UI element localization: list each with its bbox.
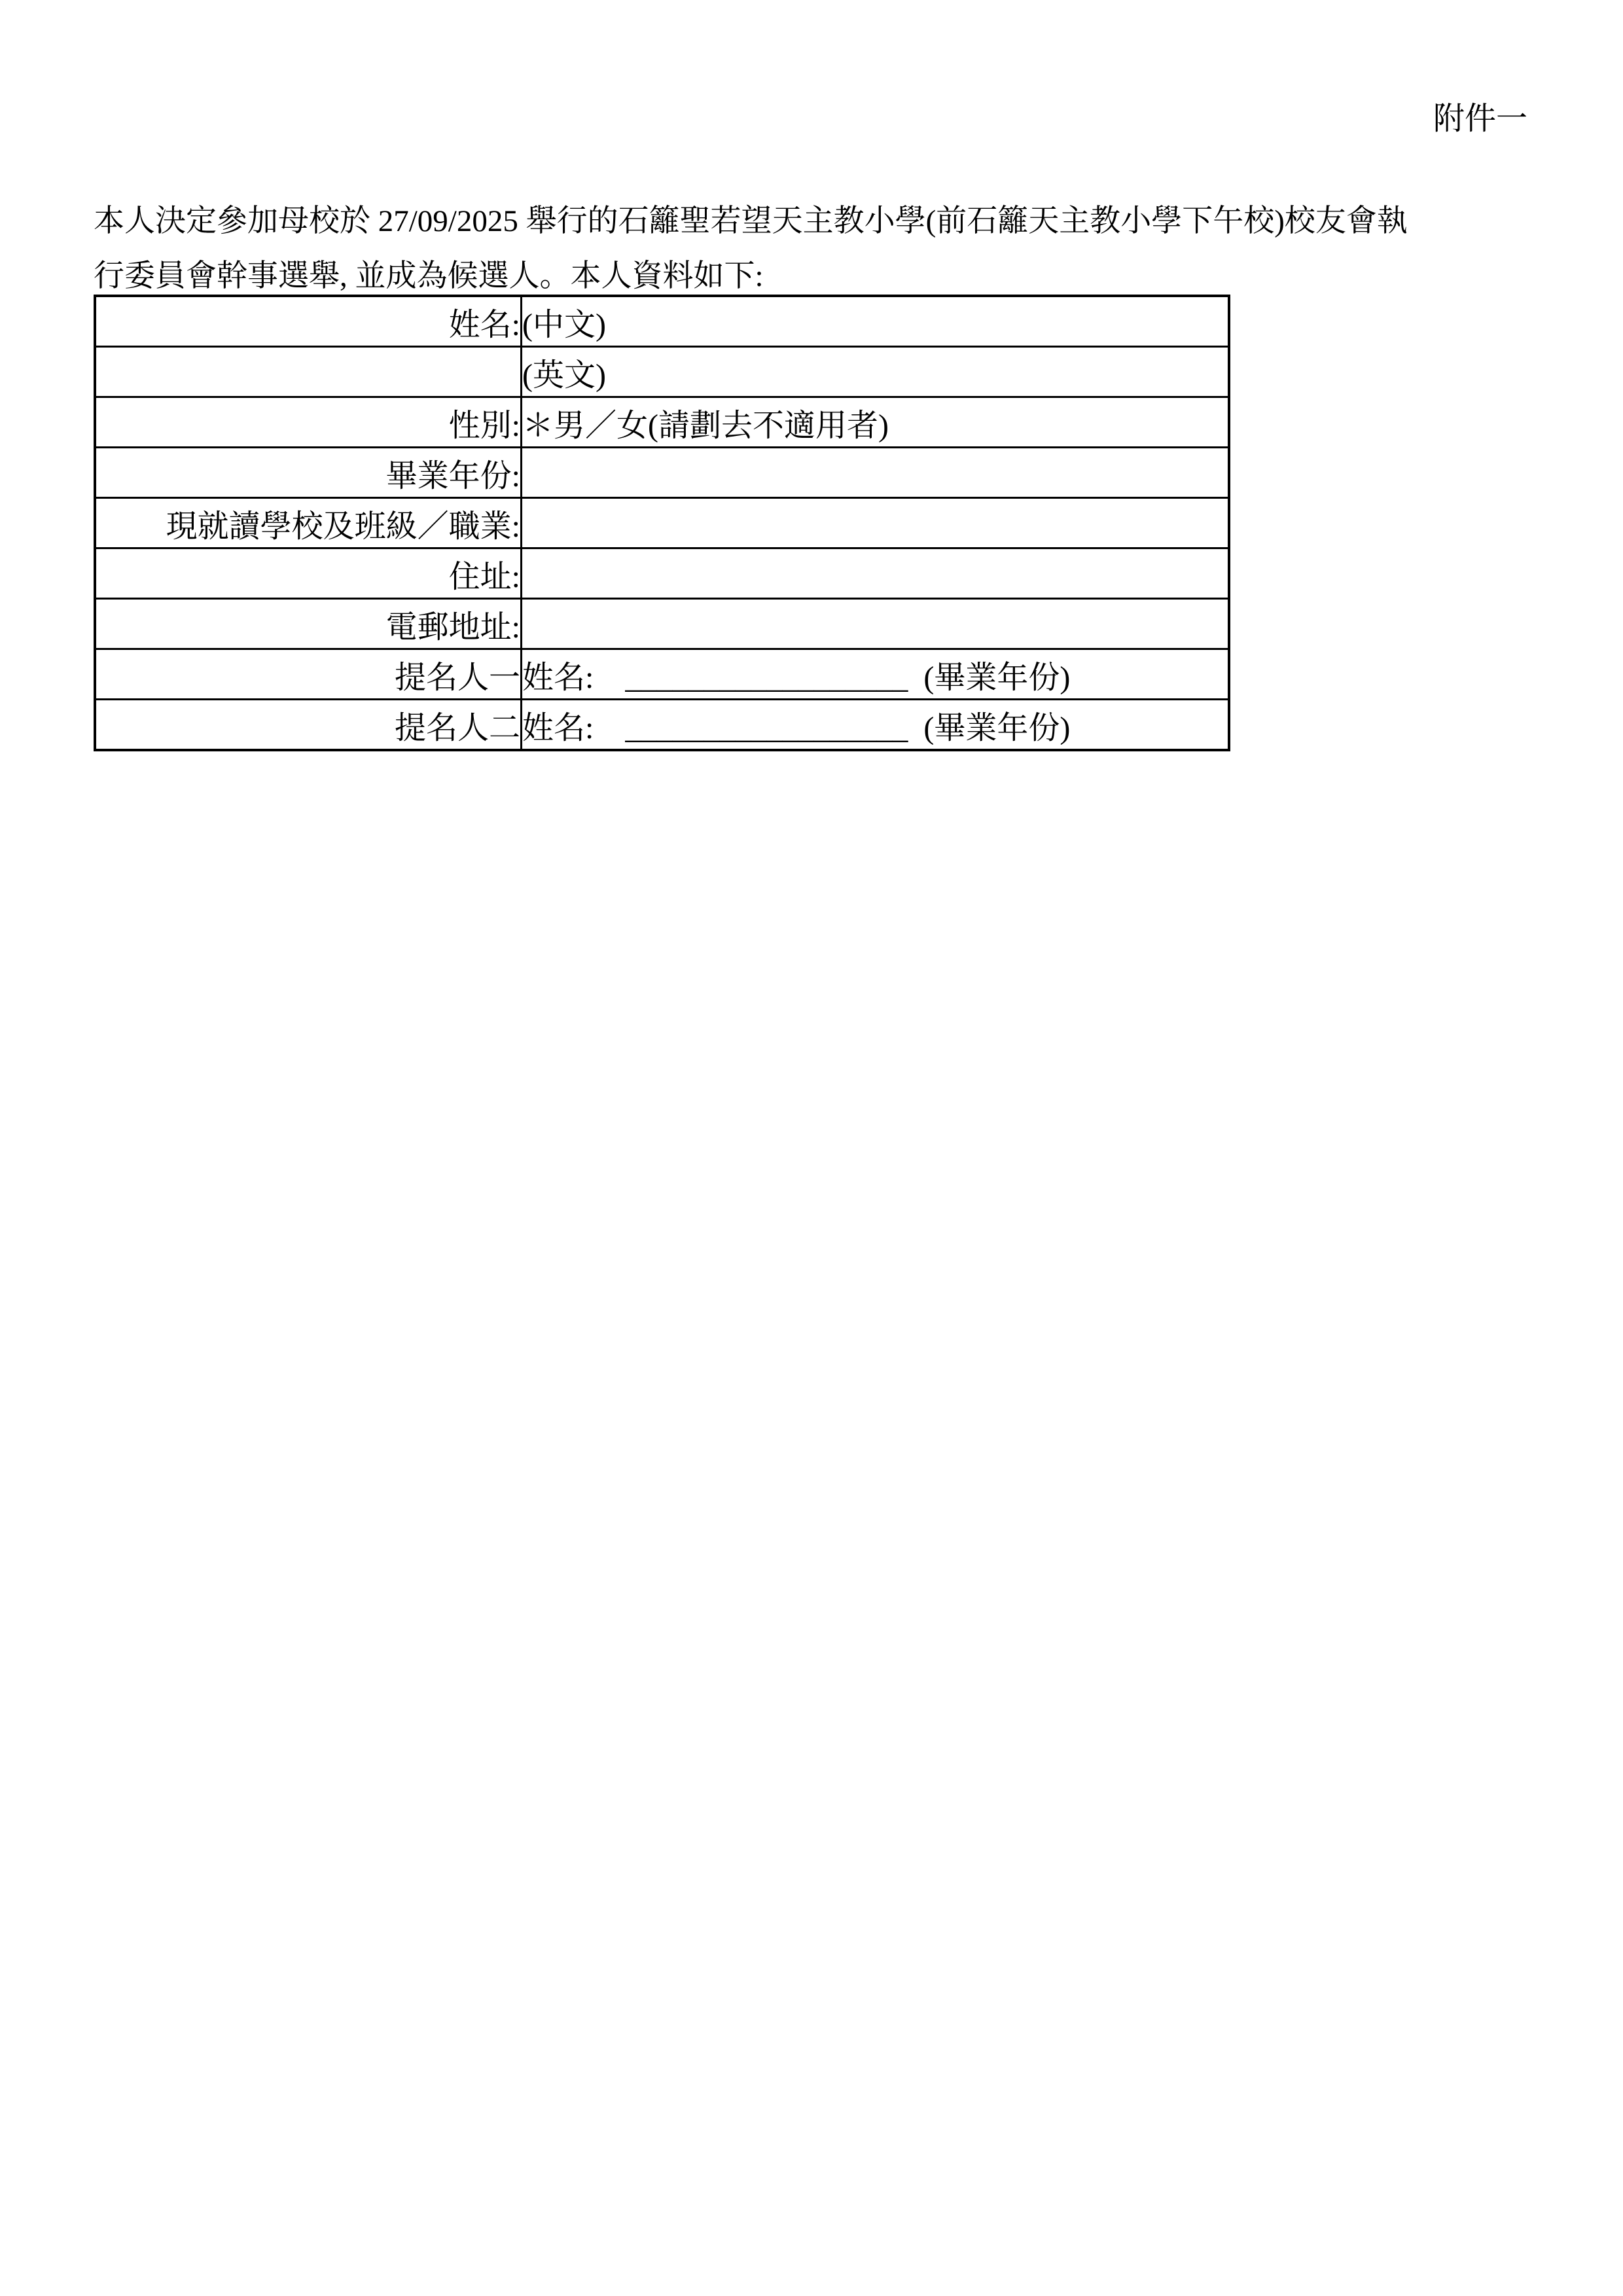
- nominee-name-label: 姓名:: [522, 660, 594, 695]
- row-label-cell: 提名人一: [95, 649, 522, 700]
- nominee-name-blank: __________________: [625, 711, 908, 745]
- row-label-cell: 提名人二: [95, 700, 522, 751]
- intro-line-1: 本人決定參加母校於 27/09/2025 舉行的石籬聖若望天主教小學(前石籬天主…: [94, 194, 1573, 249]
- table-row: 提名人二 姓名: __________________ (畢業年份): [95, 700, 1229, 751]
- row-label: 現就讀學校及班級／職業:: [166, 509, 520, 544]
- row-value-cell: (中文): [522, 296, 1230, 347]
- table-row: 性別: ＊男／女(請劃去不適用者): [95, 397, 1229, 448]
- row-label-cell: 畢業年份:: [95, 448, 522, 498]
- table-row: 姓名: (中文): [95, 296, 1229, 347]
- document-page: 附件一 本人決定參加母校於 27/09/2025 舉行的石籬聖若望天主教小學(前…: [0, 0, 1623, 2296]
- row-label: 性別:: [449, 408, 520, 443]
- nominee-grad-year-label: (畢業年份): [916, 711, 1070, 745]
- form-table-body: 姓名: (中文) (英文) 性別:: [95, 296, 1229, 750]
- row-value-cell: [522, 448, 1230, 498]
- row-label-cell: 姓名:: [95, 296, 522, 347]
- row-label-cell: 住址:: [95, 548, 522, 599]
- row-label-cell: [95, 347, 522, 397]
- row-value-cell: [522, 548, 1230, 599]
- row-label-cell: 性別:: [95, 397, 522, 448]
- nominee-name-label: 姓名:: [522, 711, 594, 745]
- nominee-name-blank: __________________: [625, 660, 908, 695]
- row-label: 畢業年份:: [386, 459, 520, 493]
- table-row: 提名人一 姓名: __________________ (畢業年份): [95, 649, 1229, 700]
- row-label: 住址:: [449, 560, 520, 594]
- row-value-cell: (英文): [522, 347, 1230, 397]
- nominee-grad-year-label: (畢業年份): [916, 660, 1070, 695]
- row-label-cell: 現就讀學校及班級／職業:: [95, 498, 522, 548]
- row-value-cell: [522, 498, 1230, 548]
- row-label: 提名人一: [395, 660, 520, 695]
- intro-paragraph: 本人決定參加母校於 27/09/2025 舉行的石籬聖若望天主教小學(前石籬天主…: [94, 194, 1573, 304]
- row-value-cell: 姓名: __________________ (畢業年份): [522, 700, 1230, 751]
- candidate-info-table: 姓名: (中文) (英文) 性別:: [94, 295, 1230, 751]
- row-label: 提名人二: [395, 711, 520, 745]
- row-label: 電郵地址:: [386, 610, 520, 645]
- table-row: 畢業年份:: [95, 448, 1229, 498]
- row-label: 姓名:: [449, 308, 520, 342]
- row-value-cell: 姓名: __________________ (畢業年份): [522, 649, 1230, 700]
- table-row: 現就讀學校及班級／職業:: [95, 498, 1229, 548]
- row-value: (中文): [522, 308, 606, 342]
- row-value: ＊男／女(請劃去不適用者): [522, 408, 889, 443]
- attachment-label: 附件一: [1433, 99, 1527, 139]
- row-value: (英文): [522, 358, 606, 393]
- table-row: 電郵地址:: [95, 599, 1229, 649]
- row-value-cell: [522, 599, 1230, 649]
- row-label-cell: 電郵地址:: [95, 599, 522, 649]
- table-row: 住址:: [95, 548, 1229, 599]
- table-row: (英文): [95, 347, 1229, 397]
- row-value-cell: ＊男／女(請劃去不適用者): [522, 397, 1230, 448]
